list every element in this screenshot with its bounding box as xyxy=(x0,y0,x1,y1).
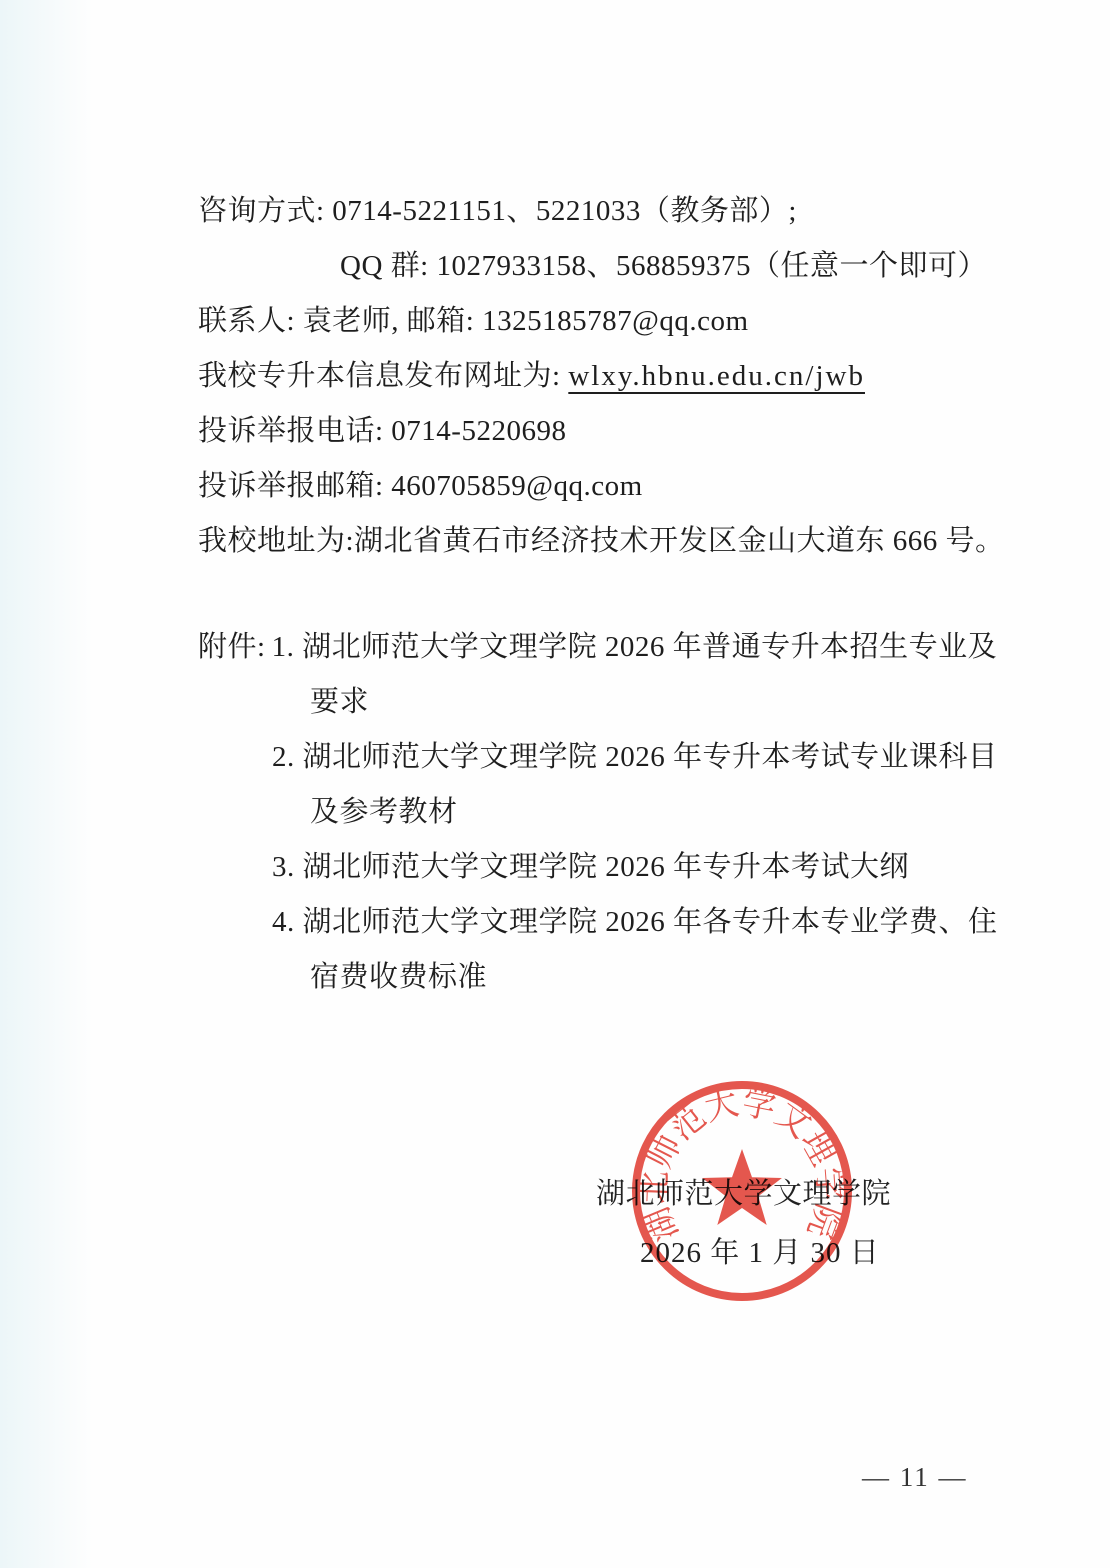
attachments-label: 附件: xyxy=(198,620,266,675)
seal-circular-text: 湖北师范大学文理学院 xyxy=(633,1082,850,1248)
attachment-item-2-line-1: 2. 湖北师范大学文理学院 2026 年专升本考试专业课科目 xyxy=(198,730,1028,785)
contact-person-line: 联系人: 袁老师, 邮箱: 1325185787@qq.com xyxy=(198,294,1028,349)
signature-date: 2026 年 1 月 30 日 xyxy=(640,1239,880,1268)
website-line-prefix: 我校专升本信息发布网址为: xyxy=(198,360,568,392)
signature-organization: 湖北师范大学文理学院 xyxy=(596,1180,891,1209)
attachment-item-3-line-1: 3. 湖北师范大学文理学院 2026 年专升本考试大纲 xyxy=(198,840,1028,895)
document-page: 咨询方式: 0714-5221151、5221033（教务部）; QQ 群: 1… xyxy=(0,0,1110,1568)
attachments-section: 附件: 1. 湖北师范大学文理学院 2026 年普通专升本招生专业及 要求 2.… xyxy=(198,620,1028,1005)
page-number: — 11 — xyxy=(862,1461,968,1493)
attachment-item-4-line-2: 宿费收费标准 xyxy=(198,950,1028,1005)
website-line: 我校专升本信息发布网址为: wlxy.hbnu.edu.cn/jwb xyxy=(198,349,1028,404)
complaint-phone-line: 投诉举报电话: 0714-5220698 xyxy=(198,404,1028,459)
qq-group-line: QQ 群: 1027933158、568859375（任意一个即可） xyxy=(198,239,1028,294)
attachment-item-1-line-1: 附件: 1. 湖北师范大学文理学院 2026 年普通专升本招生专业及 xyxy=(198,620,1028,675)
complaint-email-line: 投诉举报邮箱: 460705859@qq.com xyxy=(198,459,1028,514)
website-url: wlxy.hbnu.edu.cn/jwb xyxy=(568,360,865,392)
attachment-item-1-text: 1. 湖北师范大学文理学院 2026 年普通专升本招生专业及 xyxy=(272,620,998,675)
attachment-item-4-line-1: 4. 湖北师范大学文理学院 2026 年各专升本专业学费、住 xyxy=(198,895,1028,950)
consult-phone-line: 咨询方式: 0714-5221151、5221033（教务部）; xyxy=(198,184,1028,239)
contact-info-section: 咨询方式: 0714-5221151、5221033（教务部）; QQ 群: 1… xyxy=(198,184,1028,569)
address-line: 我校地址为:湖北省黄石市经济技术开发区金山大道东 666 号。 xyxy=(198,514,1028,569)
attachment-item-2-line-2: 及参考教材 xyxy=(198,785,1028,840)
scan-edge-tint xyxy=(0,0,110,1568)
attachment-item-1-line-2: 要求 xyxy=(198,675,1028,730)
